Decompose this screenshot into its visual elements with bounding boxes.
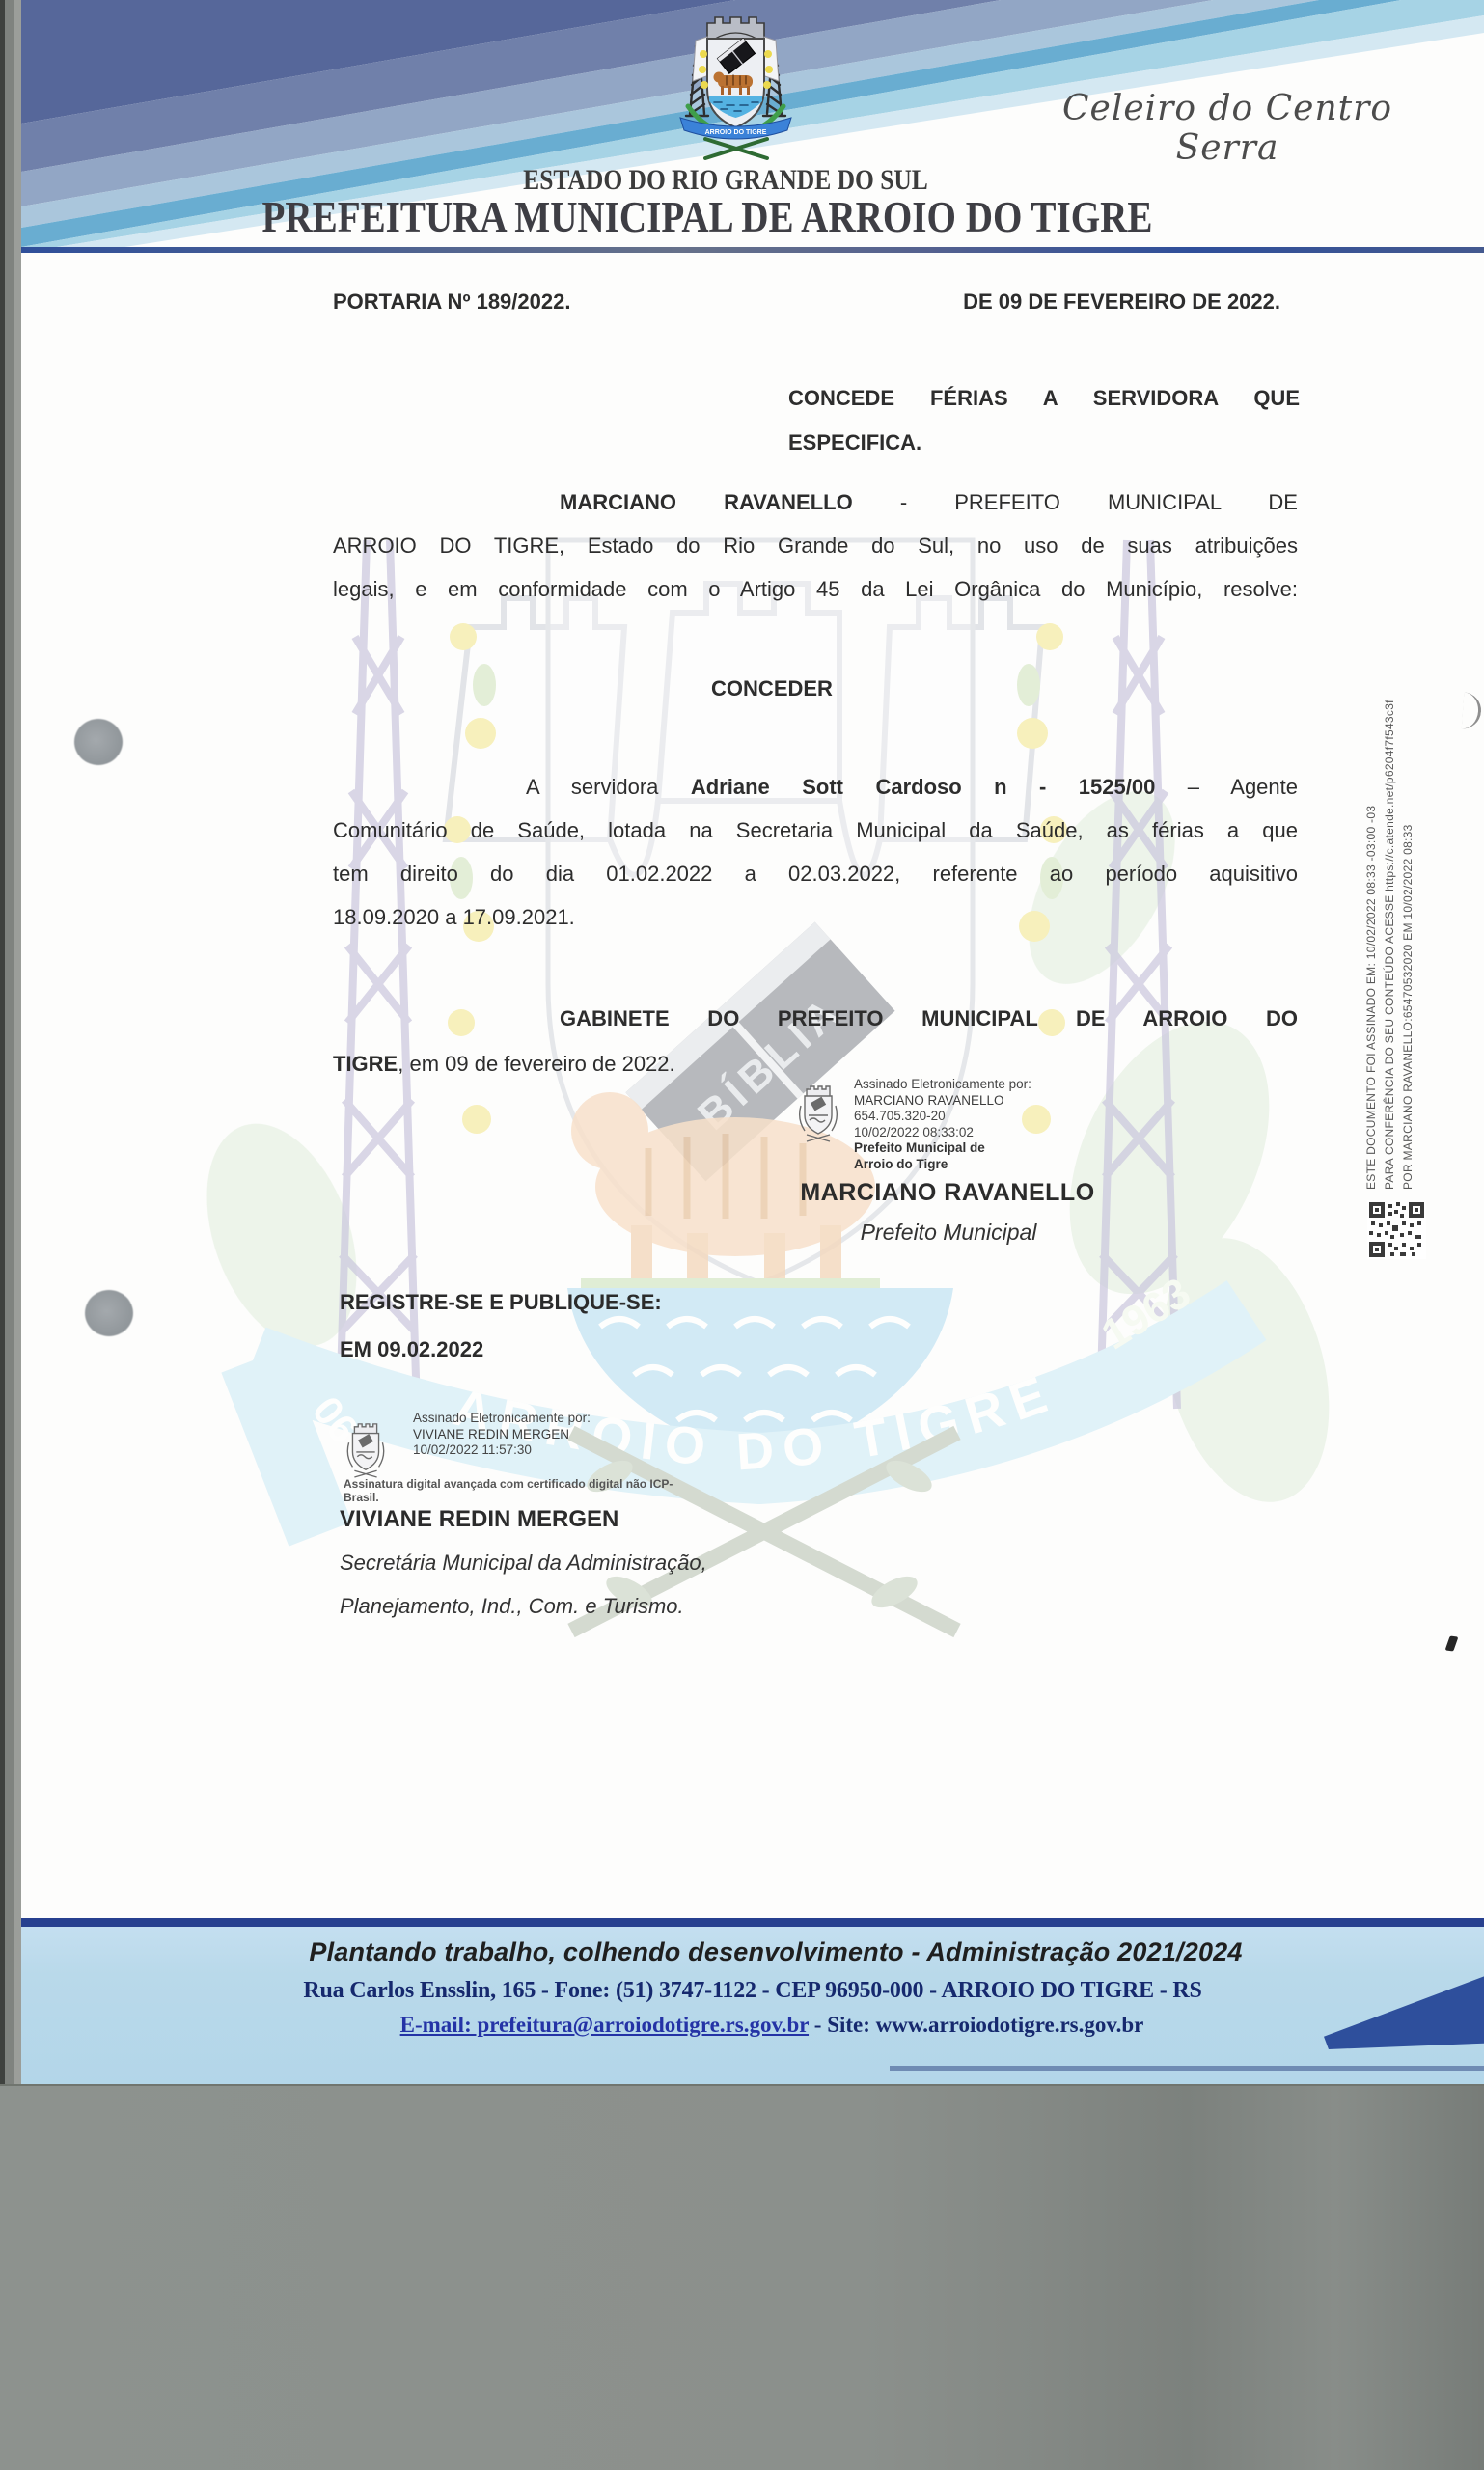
register-block: REGISTRE-SE E PUBLIQUE-SE: EM 09.02.2022 [340, 1278, 662, 1373]
subject-block: CONCEDE FÉRIAS A SERVIDORA QUE ESPECIFIC… [788, 376, 1300, 465]
portaria-title-row: PORTARIA Nº 189/2022. DE 09 DE FEVEREIRO… [333, 289, 1298, 315]
hole-punch-mark [74, 719, 123, 765]
document-page: ARROIO DO TIGRE Celeiro do Centro Serra … [21, 0, 1484, 2084]
scanner-edge-strip [0, 0, 21, 2084]
signature-stamp-1: Assinado Eletronicamente por: MARCIANO R… [854, 1077, 1031, 1172]
footer-contact-line: E-mail: prefeitura@arroiodotigre.rs.gov.… [21, 2013, 1484, 2038]
stamp-signer-name: MARCIANO RAVANELLO [854, 1093, 1031, 1110]
grant-line-2: Comunitário de Saúde, lotada na Secretar… [333, 809, 1298, 852]
stamp-disclaimer-line-1: Assinatura digital avançada com certific… [344, 1477, 673, 1491]
closing-line-2: TIGRE, em 09 de fevereiro de 2022. [333, 1041, 1298, 1086]
signature-stamp-2: Assinado Eletronicamente por: VIVIANE RE… [413, 1411, 591, 1459]
municipal-crest: ARROIO DO TIGRE [661, 15, 811, 162]
portaria-number: PORTARIA Nº 189/2022. [333, 289, 570, 315]
footer-email-link[interactable]: E-mail: prefeitura@arroiodotigre.rs.gov.… [400, 2013, 809, 2037]
verification-text-line-1: ESTE DOCUMENTO FOI ASSINADO EM: 10/02/20… [1364, 806, 1378, 1190]
footer-slogan: Plantando trabalho, colhendo desenvolvim… [21, 1937, 1484, 1967]
register-line-2: EM 09.02.2022 [340, 1326, 662, 1373]
grant-line-1: A servidora Adriane Sott Cardoso n - 152… [526, 765, 1298, 809]
secretary-signature-role-1: Secretária Municipal da Administração, [340, 1551, 707, 1576]
scanner-background [0, 2084, 1484, 2470]
tagline-script-text: Celeiro do Centro Serra [1015, 89, 1440, 168]
mayor-signature-name: MARCIANO RAVANELLO [755, 1179, 1140, 1207]
signature-crest-icon [344, 1420, 387, 1478]
letterhead-municipality-line: PREFEITURA MUNICIPAL DE ARROIO DO TIGRE [262, 191, 1132, 242]
closing-paragraph: GABINETE DO PREFEITO MUNICIPAL DE ARROIO… [333, 996, 1298, 1086]
stamp-role-line-1: Prefeito Municipal de [854, 1140, 1031, 1157]
secretary-signature-name: VIVIANE REDIN MERGEN [340, 1506, 618, 1533]
grant-line-4: 18.09.2020 a 17.09.2021. [333, 895, 1298, 939]
subject-line-2: ESPECIFICA. [788, 421, 1300, 465]
mayor-name-inline: MARCIANO RAVANELLO [560, 490, 853, 514]
ink-speck [1445, 1635, 1459, 1651]
verification-text-line-2: PARA CONFERÊNCIA DO SEU CONTEÚDO ACESSE … [1383, 700, 1396, 1190]
stamp-datetime: 10/02/2022 08:33:02 [854, 1125, 1031, 1141]
stamp-role-line-2: Arroio do Tigre [854, 1157, 1031, 1173]
stamp-signer-name: VIVIANE REDIN MERGEN [413, 1427, 591, 1443]
register-line-1: REGISTRE-SE E PUBLIQUE-SE: [340, 1278, 662, 1326]
footer-site-text: - Site: www.arroiodotigre.rs.gov.br [809, 2013, 1143, 2037]
preamble-line-3: legais, e em conformidade com o Artigo 4… [333, 567, 1298, 611]
portaria-date: DE 09 DE FEVEREIRO DE 2022. [963, 289, 1298, 315]
hole-punch-mark [85, 1290, 133, 1336]
pen-mark [1462, 692, 1483, 729]
footer-divider-rule [21, 1918, 1484, 1927]
stamp-disclaimer: Assinatura digital avançada com certific… [344, 1477, 673, 1504]
preamble-line-1: MARCIANO RAVANELLO - PREFEITO MUNICIPAL … [560, 480, 1298, 524]
secretary-signature-role-2: Planejamento, Ind., Com. e Turismo. [340, 1594, 684, 1619]
footer-thin-rule [890, 2066, 1484, 2071]
stamp-signer-cpf: 654.705.320-20 [854, 1109, 1031, 1125]
footer-address: Rua Carlos Ensslin, 165 - Fone: (51) 374… [21, 1978, 1484, 2004]
preamble-line-2: ARROIO DO TIGRE, Estado do Rio Grande do… [333, 524, 1298, 567]
grant-line-3: tem direito do dia 01.02.2022 a 02.03.20… [333, 852, 1298, 895]
qr-code [1367, 1200, 1426, 1259]
closing-line-1: GABINETE DO PREFEITO MUNICIPAL DE ARROIO… [560, 996, 1298, 1041]
signature-crest-icon [797, 1083, 839, 1142]
subject-line-1: CONCEDE FÉRIAS A SERVIDORA QUE [788, 376, 1300, 421]
stamp-datetime: 10/02/2022 11:57:30 [413, 1442, 591, 1459]
grant-paragraph: A servidora Adriane Sott Cardoso n - 152… [333, 765, 1298, 939]
mayor-signature-role: Prefeito Municipal [804, 1220, 1093, 1246]
resolution-heading: CONCEDER [333, 676, 1298, 701]
servant-name-inline: Adriane Sott Cardoso n - 1525/00 [691, 775, 1155, 799]
stamp-disclaimer-line-2: Brasil. [344, 1491, 673, 1504]
stamp-label: Assinado Eletronicamente por: [413, 1411, 591, 1427]
scanned-document: ARROIO DO TIGRE Celeiro do Centro Serra … [0, 0, 1484, 2470]
header-divider-rule [21, 247, 1484, 253]
stamp-label: Assinado Eletronicamente por: [854, 1077, 1031, 1093]
preamble-paragraph: MARCIANO RAVANELLO - PREFEITO MUNICIPAL … [333, 480, 1298, 611]
crest-ribbon-text: ARROIO DO TIGRE [705, 129, 767, 136]
verification-text-line-3: POR MARCIANO RAVANELLO:65470532020 EM 10… [1401, 824, 1415, 1190]
